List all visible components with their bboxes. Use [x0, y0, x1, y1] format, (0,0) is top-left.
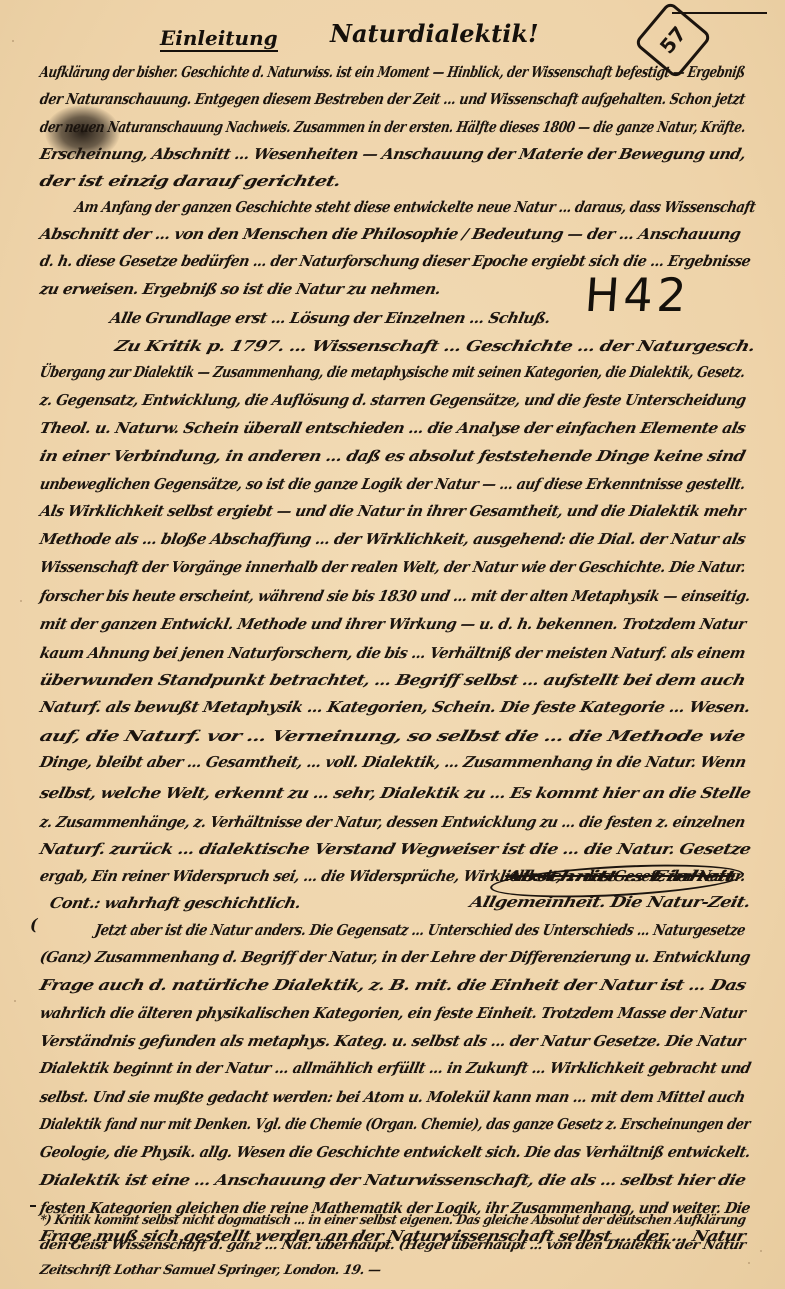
paper-speck [748, 1262, 750, 1264]
manuscript-line: z. Gegensatz, Entwicklung, die Auflösung… [38, 393, 746, 408]
manuscript-line: zu erweisen. Ergebniß so ist die Natur z… [38, 282, 441, 297]
manuscript-line: Am Anfang der ganzen Geschichte steht di… [74, 200, 757, 215]
manuscript-line: wahrlich die älteren physikalischen Kate… [38, 1006, 746, 1021]
paper-speck [14, 1000, 16, 1002]
footnote-line: *) Kritik kommt selbst nicht dogmatisch … [39, 1214, 747, 1227]
manuscript-line: Aufklärung der bisher. Geschichte d. Nat… [39, 65, 746, 80]
manuscript-line: Methode als ... bloße Abschaffung ... de… [38, 532, 746, 547]
manuscript-line: z. Zusammenhänge, z. Verhältnisse der Na… [38, 815, 746, 830]
manuscript-line: d. h. diese Gesetze bedürfen ... der Nat… [38, 254, 751, 269]
manuscript-line: unbeweglichen Gegensätze, so ist die gan… [39, 477, 747, 492]
manuscript-line: der neuen Naturanschauung Nachweis. Zusa… [39, 120, 747, 135]
manuscript-line: Frage auch d. natürliche Dialektik, z. B… [38, 978, 747, 993]
margin-mark: ( [30, 915, 38, 934]
manuscript-line: Naturf. zurück ... dialektische Verstand… [38, 842, 752, 857]
archive-mark: H42 [583, 268, 692, 322]
manuscript-line: (Ganz) Zusammenhang d. Begriff der Natur… [38, 950, 751, 965]
manuscript-line: Als Wirklichkeit selbst ergiebt — und di… [38, 504, 746, 519]
manuscript-line: Jetzt aber ist die Natur anders. Die Geg… [94, 923, 747, 938]
footnote-line: den Geist Wissenschaft d. ganz ... Nat. … [39, 1239, 747, 1252]
footnote-line: Zeitschrift Lothar Samuel Springer, Lond… [39, 1264, 382, 1277]
manuscript-line: Übergang zur Dialektik — Zusammenhang, d… [39, 365, 746, 380]
heading-einleitung: Einleitung [160, 28, 278, 52]
manuscript-page: 57 Einleitung Naturdialektik! H42 ( Aufk… [0, 0, 785, 1289]
paper-speck [760, 1250, 762, 1252]
manuscript-line: auf, die Naturf. vor ... Verneinung, so … [38, 729, 747, 744]
manuscript-line: in einer Verbindung, in anderen ... daß … [38, 449, 746, 464]
manuscript-line: selbst. Und sie mußte gedacht werden: be… [38, 1090, 746, 1105]
manuscript-line: mit der ganzen Entwickl. Methode und ihr… [38, 617, 747, 632]
manuscript-line: Dialektik beginnt in der Natur ... allmä… [38, 1061, 751, 1076]
paper-speck [12, 40, 14, 42]
manuscript-line: der ist einzig darauf gerichtet. [38, 174, 342, 189]
manuscript-line: Alle Grundlage erst ... Lösung der Einze… [108, 311, 551, 326]
manuscript-line: Verständnis gefunden als metaphys. Kateg… [38, 1034, 746, 1049]
manuscript-line: Cont.: wahrhaft geschichtlich. [48, 896, 302, 911]
manuscript-line: Abschnitt der ... von den Menschen die P… [38, 227, 741, 242]
manuscript-line: Theol. u. Naturw. Schein überall entschi… [38, 421, 746, 436]
manuscript-line: kaum Ahnung bei jenen Naturforschern, di… [38, 646, 746, 661]
manuscript-line: Abschnitt ... Einheit [503, 869, 737, 884]
manuscript-line: Dialektik fand nur mit Denken. Vgl. die … [39, 1117, 751, 1132]
manuscript-line: Wissenschaft der Vorgänge innerhalb der … [38, 560, 746, 575]
manuscript-line: Dinge, bleibt aber ... Gesamtheit, ... v… [38, 755, 747, 770]
manuscript-line: Geologie, die Physik. allg. Wesen die Ge… [38, 1145, 751, 1160]
manuscript-line: Naturf. als bewußt Metaphysik ... Katego… [38, 700, 751, 715]
manuscript-line: Dialektik ist eine ... Anschauung der Na… [38, 1173, 747, 1188]
manuscript-line: Erscheinung, Abschnitt ... Wesenheiten —… [38, 147, 746, 162]
heading-naturdialektik: Naturdialektik! [330, 22, 539, 46]
manuscript-line: Zu Kritik p. 1797. ... Wissenschaft ... … [113, 339, 756, 354]
footnote-rule [30, 1205, 36, 1207]
paper-speck [20, 600, 22, 602]
manuscript-line: forscher bis heute erscheint, während si… [38, 589, 751, 604]
manuscript-line: der Naturanschauung. Entgegen diesem Bes… [39, 92, 746, 107]
manuscript-line: Allgemeinheit. Die Natur-Zeit. [468, 895, 752, 910]
manuscript-line: überwunden Standpunkt betrachtet, ... Be… [38, 673, 746, 688]
manuscript-line: selbst, welche Welt, erkennt zu ... sehr… [38, 786, 752, 801]
